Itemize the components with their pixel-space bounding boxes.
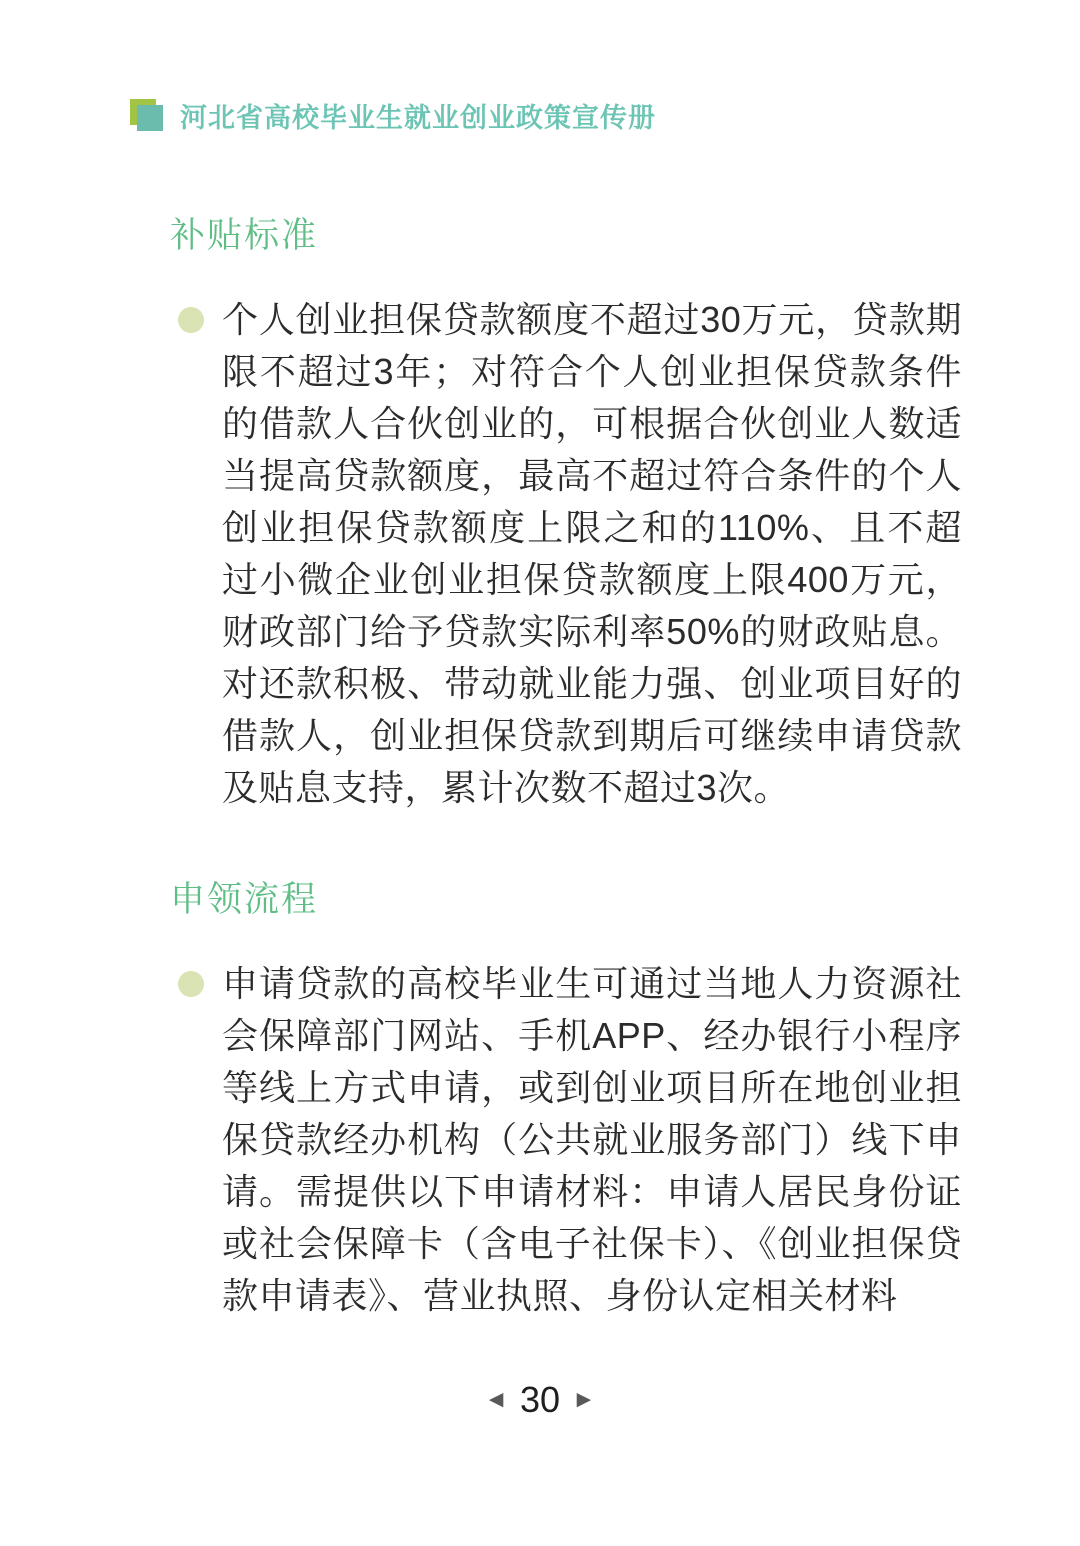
- bullet-dot-icon: [178, 971, 204, 997]
- section-heading-subsidy-standard: 补贴标准: [170, 214, 1080, 258]
- page-footer: ◄ 30 ►: [0, 1378, 1080, 1422]
- overlapping-squares-icon: [130, 98, 166, 134]
- bullet-dot-icon: [178, 307, 204, 333]
- prev-page-arrow-icon: ◄: [484, 1378, 508, 1422]
- page-header: 河北省高校毕业生就业创业政策宣传册: [130, 96, 656, 135]
- list-item: 个人创业担保贷款额度不超过30万元，贷款期限不超过3年；对符合个人创业担保贷款条…: [178, 294, 962, 814]
- page-content: 补贴标准 个人创业担保贷款额度不超过30万元，贷款期限不超过3年；对符合个人创业…: [0, 132, 1080, 1322]
- teal-square-icon: [137, 105, 163, 131]
- page-number: 30: [520, 1378, 560, 1422]
- subsidy-standard-paragraph: 个人创业担保贷款额度不超过30万元，贷款期限不超过3年；对符合个人创业担保贷款条…: [222, 294, 962, 814]
- next-page-arrow-icon: ►: [572, 1378, 596, 1422]
- brochure-page: 河北省高校毕业生就业创业政策宣传册 补贴标准 个人创业担保贷款额度不超过30万元…: [0, 0, 1080, 1546]
- section-heading-application-process: 申领流程: [170, 878, 1080, 922]
- application-process-paragraph: 申请贷款的高校毕业生可通过当地人力资源社会保障部门网站、手机APP、经办银行小程…: [222, 958, 962, 1322]
- header-title: 河北省高校毕业生就业创业政策宣传册: [180, 96, 656, 135]
- list-item: 申请贷款的高校毕业生可通过当地人力资源社会保障部门网站、手机APP、经办银行小程…: [178, 958, 962, 1322]
